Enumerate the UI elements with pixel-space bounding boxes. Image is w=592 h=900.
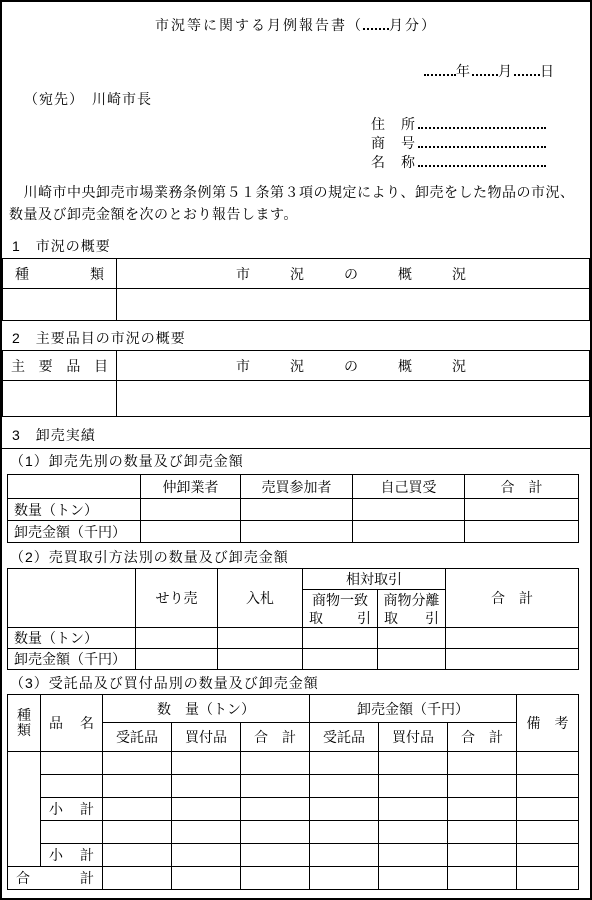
grand-total-spread: 合計 bbox=[10, 868, 100, 888]
amount-cell[interactable] bbox=[378, 649, 446, 670]
data-cell[interactable] bbox=[448, 798, 517, 821]
monthly-report-form: 市況等に関する月例報告書（月分） 年月日 （宛先） 川崎市長 住 所 商 号 名… bbox=[0, 0, 592, 900]
sender-block: 住 所 商 号 名 称 bbox=[2, 116, 590, 171]
subtotal-label-cell: 小計 bbox=[41, 798, 103, 821]
quantity-cell[interactable] bbox=[378, 628, 446, 649]
subtotal-row: 小計 bbox=[8, 798, 579, 821]
data-cell[interactable] bbox=[310, 821, 379, 844]
day-blank-field[interactable] bbox=[514, 63, 540, 76]
type-column-header: 種類 bbox=[8, 695, 41, 752]
data-cell[interactable] bbox=[241, 821, 310, 844]
remarks-cell[interactable] bbox=[517, 844, 579, 867]
item-row bbox=[8, 821, 579, 844]
amount-group-header: 卸売金額（千円） bbox=[310, 695, 517, 723]
data-cell[interactable] bbox=[379, 844, 448, 867]
major-items-input-row bbox=[3, 381, 590, 417]
subtotal-row: 小計 bbox=[8, 844, 579, 867]
section2-heading: 2 主要品目の市況の概要 bbox=[2, 329, 590, 347]
sales-by-buyer-table: 仲卸業者 売買参加者 自己買受 合 計 数量（トン） 卸売金額（千円） bbox=[7, 474, 579, 543]
data-cell[interactable] bbox=[241, 867, 310, 890]
data-cell[interactable] bbox=[448, 752, 517, 775]
amount-cell[interactable] bbox=[353, 521, 465, 543]
title-text: 市況等に関する月例報告書（ bbox=[155, 17, 363, 33]
goods-separated-trade-header: 商物分離 取引 bbox=[378, 590, 446, 628]
quantity-total-cell[interactable] bbox=[446, 628, 579, 649]
market-overview-header-row: 種類 市 況 の 概 況 bbox=[3, 259, 590, 289]
grand-total-label-cell: 合計 bbox=[8, 867, 103, 890]
major-item-input-cell[interactable] bbox=[3, 381, 117, 417]
sub3-heading: （3）受託品及び買付品別の数量及び卸売金額 bbox=[2, 674, 590, 692]
item-name-header: 品名 bbox=[41, 695, 103, 752]
type-input-cell[interactable] bbox=[3, 289, 117, 321]
month-blank-field[interactable] bbox=[363, 17, 389, 30]
quantity-cell[interactable] bbox=[218, 628, 303, 649]
data-cell[interactable] bbox=[448, 821, 517, 844]
market-overview-table: 種類 市 況 の 概 況 bbox=[2, 258, 590, 321]
quantity-row: 数量（トン） bbox=[8, 628, 579, 649]
section3-divider bbox=[2, 448, 590, 449]
quantity-cell[interactable] bbox=[303, 628, 378, 649]
trade-name-label: 商 号 bbox=[371, 135, 416, 152]
item-name-cell[interactable] bbox=[41, 752, 103, 775]
overview-input-cell[interactable] bbox=[117, 381, 590, 417]
wholesaler-header: 仲卸業者 bbox=[141, 475, 241, 499]
quantity-row: 数量（トン） bbox=[8, 499, 579, 521]
amount-total-cell[interactable] bbox=[465, 521, 579, 543]
data-cell[interactable] bbox=[448, 775, 517, 798]
item-row bbox=[8, 752, 579, 775]
major-item-header-cell: 主要品目 bbox=[3, 351, 117, 381]
data-cell[interactable] bbox=[310, 798, 379, 821]
item-name-cell[interactable] bbox=[41, 821, 103, 844]
sales-by-method-table: せり売 入札 相対取引 合 計 商物一致 取引 商物分離 取引 数量（トン） bbox=[7, 568, 579, 670]
amount-row-label: 卸売金額（千円） bbox=[8, 649, 136, 670]
data-cell[interactable] bbox=[103, 775, 172, 798]
subtotal-label-cell: 小計 bbox=[41, 844, 103, 867]
remarks-cell[interactable] bbox=[517, 775, 579, 798]
data-cell[interactable] bbox=[103, 798, 172, 821]
amount-cell[interactable] bbox=[218, 649, 303, 670]
sub1-heading: （1）卸売先別の数量及び卸売金額 bbox=[2, 452, 590, 470]
data-cell[interactable] bbox=[172, 775, 241, 798]
year-label: 年 bbox=[456, 63, 472, 79]
data-cell[interactable] bbox=[310, 752, 379, 775]
remarks-header: 備 考 bbox=[517, 695, 579, 752]
trade-name-blank-field[interactable] bbox=[418, 135, 546, 148]
data-cell[interactable] bbox=[379, 798, 448, 821]
amount-row: 卸売金額（千円） bbox=[8, 521, 579, 543]
quantity-cell[interactable] bbox=[136, 628, 218, 649]
subtotal-left-char: 小 bbox=[49, 845, 63, 865]
overview-input-cell[interactable] bbox=[117, 289, 590, 321]
name-label: 名 称 bbox=[371, 154, 416, 171]
data-cell[interactable] bbox=[379, 821, 448, 844]
overview-header-label: 市 況 の 概 況 bbox=[236, 358, 470, 374]
item-right-char: 名 bbox=[80, 713, 94, 733]
title-suffix: 月分） bbox=[389, 17, 437, 33]
data-cell[interactable] bbox=[379, 752, 448, 775]
total-header: 合 計 bbox=[446, 569, 579, 628]
purchased-amount-header: 買付品 bbox=[379, 723, 448, 752]
type-bottom-char: 類 bbox=[17, 723, 31, 738]
trade-left-char: 取 bbox=[309, 609, 323, 627]
type-header-cell: 種類 bbox=[3, 259, 117, 289]
overview-header-cell: 市 況 の 概 況 bbox=[117, 351, 590, 381]
data-cell[interactable] bbox=[310, 867, 379, 890]
subtotal-spread: 小計 bbox=[43, 799, 100, 819]
major-item-char: 主 bbox=[11, 356, 25, 376]
data-cell[interactable] bbox=[241, 844, 310, 867]
overview-header-cell: 市 況 の 概 況 bbox=[117, 259, 590, 289]
item-name-spread: 品名 bbox=[43, 713, 100, 733]
goods-matched-line1: 商物一致 bbox=[305, 591, 375, 609]
amount-cell[interactable] bbox=[141, 521, 241, 543]
data-cell[interactable] bbox=[379, 867, 448, 890]
data-cell[interactable] bbox=[310, 844, 379, 867]
data-cell[interactable] bbox=[310, 775, 379, 798]
data-cell[interactable] bbox=[241, 752, 310, 775]
negotiated-trade-group-header: 相対取引 bbox=[303, 569, 446, 590]
major-items-overview-table: 主要品目 市 況 の 概 況 bbox=[2, 350, 590, 417]
method-group-header-row: せり売 入札 相対取引 合 計 bbox=[8, 569, 579, 590]
data-cell[interactable] bbox=[172, 752, 241, 775]
sender-trade-name-row: 商 号 bbox=[2, 135, 590, 152]
consigned-qty-header: 受託品 bbox=[103, 723, 172, 752]
month-label: 月 bbox=[498, 63, 514, 79]
major-item-spread: 主要品目 bbox=[5, 356, 114, 376]
quantity-group-header: 数 量（トン） bbox=[103, 695, 310, 723]
self-purchase-header: 自己買受 bbox=[353, 475, 465, 499]
amount-row-label: 卸売金額（千円） bbox=[8, 521, 141, 543]
subtotal-left-char: 小 bbox=[49, 799, 63, 819]
subtotal-right-char: 計 bbox=[80, 845, 94, 865]
item-row bbox=[8, 775, 579, 798]
type-header-spread: 種類 bbox=[5, 264, 114, 284]
month-date-blank-field[interactable] bbox=[472, 63, 498, 76]
group-header-row: 種類 品名 数 量（トン） 卸売金額（千円） 備 考 bbox=[8, 695, 579, 723]
item-name-cell[interactable] bbox=[41, 775, 103, 798]
goods-separated-line2: 取引 bbox=[380, 609, 443, 627]
remarks-cell[interactable] bbox=[517, 867, 579, 890]
quantity-cell[interactable] bbox=[353, 499, 465, 521]
grand-total-left-char: 合 bbox=[16, 868, 30, 888]
trade-right-char: 引 bbox=[425, 609, 439, 627]
amount-cell[interactable] bbox=[241, 521, 353, 543]
data-cell[interactable] bbox=[448, 844, 517, 867]
data-cell[interactable] bbox=[172, 798, 241, 821]
address-label: 住 所 bbox=[371, 116, 416, 133]
buyer-header-row: 仲卸業者 売買参加者 自己買受 合 計 bbox=[8, 475, 579, 499]
blank-corner-cell bbox=[8, 569, 136, 628]
remarks-cell[interactable] bbox=[517, 752, 579, 775]
sub2-heading: （2）売買取引方法別の数量及び卸売金額 bbox=[2, 548, 590, 566]
data-cell[interactable] bbox=[241, 775, 310, 798]
data-cell[interactable] bbox=[241, 798, 310, 821]
amount-total-cell[interactable] bbox=[446, 649, 579, 670]
data-cell[interactable] bbox=[448, 867, 517, 890]
data-cell[interactable] bbox=[172, 821, 241, 844]
major-item-char: 目 bbox=[94, 356, 108, 376]
page-title: 市況等に関する月例報告書（月分） bbox=[2, 16, 590, 34]
subtotal-spread: 小計 bbox=[43, 845, 100, 865]
grand-total-right-char: 計 bbox=[80, 868, 94, 888]
major-item-char: 品 bbox=[66, 356, 80, 376]
type-input-cell[interactable] bbox=[8, 752, 41, 867]
blank-corner-cell bbox=[8, 475, 141, 499]
quantity-row-label: 数量（トン） bbox=[8, 499, 141, 521]
amount-cell[interactable] bbox=[136, 649, 218, 670]
overview-header-label: 市 況 の 概 況 bbox=[236, 266, 470, 282]
total-qty-header: 合 計 bbox=[241, 723, 310, 752]
type-top-char: 種 bbox=[17, 708, 31, 723]
data-cell[interactable] bbox=[172, 867, 241, 890]
type-left-char: 種 bbox=[15, 264, 29, 284]
auction-sale-header: せり売 bbox=[136, 569, 218, 628]
addressee: （宛先） 川崎市長 bbox=[2, 90, 590, 108]
intro-paragraph: 川崎市中央卸売市場業務条例第５１条第３項の規定により、卸売をした物品の市況、数量… bbox=[2, 181, 590, 225]
bid-header: 入札 bbox=[218, 569, 303, 628]
total-amount-header: 合 計 bbox=[448, 723, 517, 752]
address-blank-field[interactable] bbox=[418, 116, 546, 129]
item-left-char: 品 bbox=[49, 713, 63, 733]
major-items-header-row: 主要品目 市 況 の 概 況 bbox=[3, 351, 590, 381]
grand-total-row: 合計 bbox=[8, 867, 579, 890]
major-item-char: 要 bbox=[39, 356, 53, 376]
data-cell[interactable] bbox=[103, 821, 172, 844]
remarks-cell[interactable] bbox=[517, 821, 579, 844]
name-blank-field[interactable] bbox=[418, 154, 546, 167]
goods-matched-trade-header: 商物一致 取引 bbox=[303, 590, 378, 628]
subtotal-right-char: 計 bbox=[80, 799, 94, 819]
trade-right-char: 引 bbox=[357, 609, 371, 627]
section1-heading: 1 市況の概要 bbox=[2, 237, 590, 255]
data-cell[interactable] bbox=[103, 844, 172, 867]
date-line: 年月日 bbox=[2, 62, 590, 80]
total-header: 合 計 bbox=[465, 475, 579, 499]
day-label: 日 bbox=[540, 63, 556, 79]
data-cell[interactable] bbox=[172, 844, 241, 867]
purchased-qty-header: 買付品 bbox=[172, 723, 241, 752]
section3-heading: 3 卸売実績 bbox=[2, 426, 590, 444]
goods-matched-line2: 取引 bbox=[305, 609, 375, 627]
amount-cell[interactable] bbox=[303, 649, 378, 670]
quantity-cell[interactable] bbox=[241, 499, 353, 521]
sender-address-row: 住 所 bbox=[2, 116, 590, 133]
consigned-amount-header: 受託品 bbox=[310, 723, 379, 752]
market-overview-input-row bbox=[3, 289, 590, 321]
amount-row: 卸売金額（千円） bbox=[8, 649, 579, 670]
auction-participant-header: 売買参加者 bbox=[241, 475, 353, 499]
year-blank-field[interactable] bbox=[424, 63, 456, 76]
consignment-purchase-table: 種類 品名 数 量（トン） 卸売金額（千円） 備 考 受託品 買付品 合 計 受… bbox=[7, 694, 579, 890]
quantity-row-label: 数量（トン） bbox=[8, 628, 136, 649]
quantity-total-cell[interactable] bbox=[465, 499, 579, 521]
type-vertical-label: 種類 bbox=[10, 708, 38, 738]
data-cell[interactable] bbox=[379, 775, 448, 798]
trade-left-char: 取 bbox=[384, 609, 398, 627]
type-right-char: 類 bbox=[90, 264, 104, 284]
sender-name-row: 名 称 bbox=[2, 154, 590, 171]
remarks-cell[interactable] bbox=[517, 798, 579, 821]
quantity-cell[interactable] bbox=[141, 499, 241, 521]
data-cell[interactable] bbox=[103, 867, 172, 890]
data-cell[interactable] bbox=[103, 752, 172, 775]
goods-separated-line1: 商物分離 bbox=[380, 591, 443, 609]
